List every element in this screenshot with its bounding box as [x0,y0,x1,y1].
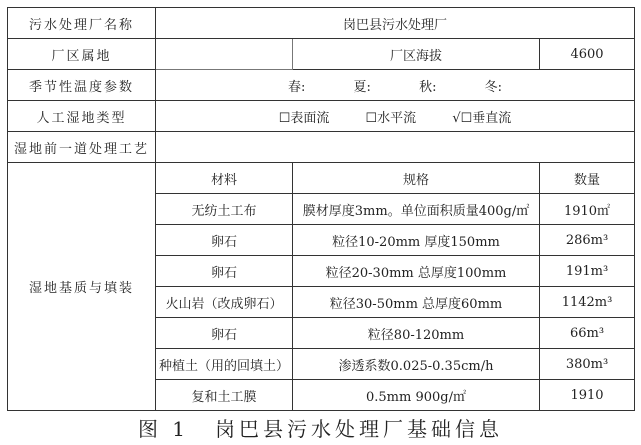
quantity-cell: 191m³ [540,256,635,287]
material-cell: 种植土（用的回填土） [156,349,293,380]
location-label: 厂区属地 [8,39,156,70]
material-cell: 卵石 [156,256,293,287]
table-row-wetland-type: 人工湿地类型 ☐表面流 ☐水平流 √☐垂直流 [8,101,635,132]
plant-name-value: 岗巴县污水处理厂 [156,8,635,39]
season-winter: 冬: [485,76,502,95]
option-surface-flow: ☐表面流 [279,107,330,126]
table-row-plant-name: 污水处理厂名称 岗巴县污水处理厂 [8,8,635,39]
spec-cell: 粒径20-30mm 总厚度100mm [293,256,540,287]
quantity-cell: 1142m³ [540,287,635,318]
substrate-label: 湿地基质与填装 [8,163,156,411]
pretreatment-value [156,132,635,163]
spec-cell: 渗透系数0.025-0.35cm/h [293,349,540,380]
material-cell: 无纺土工布 [156,194,293,225]
season-autumn: 秋: [419,76,436,95]
quantity-cell: 1910㎡ [540,194,635,225]
material-cell: 卵石 [156,318,293,349]
quantity-cell: 286m³ [540,225,635,256]
season-values: 春: 夏: 秋: 冬: [156,70,635,101]
spec-cell: 粒径10-20mm 厚度150mm [293,225,540,256]
material-cell: 复和土工膜 [156,380,293,411]
material-cell: 卵石 [156,225,293,256]
table-row-location: 厂区属地 厂区海拔 4600 [8,39,635,70]
header-quantity: 数量 [540,163,635,194]
spec-cell: 粒径80-120mm [293,318,540,349]
option-horizontal-flow: ☐水平流 [366,107,417,126]
quantity-cell: 1910 [540,380,635,411]
season-summer: 夏: [354,76,371,95]
plant-name-label: 污水处理厂名称 [8,8,156,39]
figure-caption: 图 1岗巴县污水处理厂基础信息 [0,413,641,442]
location-value [156,39,293,70]
season-label: 季节性温度参数 [8,70,156,101]
quantity-cell: 380m³ [540,349,635,380]
material-cell: 火山岩（改成卵石） [156,287,293,318]
spec-cell: 膜材厚度3mm。单位面积质量400g/㎡ [293,194,540,225]
wetland-type-options: ☐表面流 ☐水平流 √☐垂直流 [156,101,635,132]
figure-title: 岗巴县污水处理厂基础信息 [215,417,503,441]
pretreatment-label: 湿地前一道处理工艺 [8,132,156,163]
spec-cell: 0.5mm 900g/㎡ [293,380,540,411]
wetland-type-label: 人工湿地类型 [8,101,156,132]
table-row-season: 季节性温度参数 春: 夏: 秋: 冬: [8,70,635,101]
altitude-value: 4600 [540,39,635,70]
quantity-cell: 66m³ [540,318,635,349]
substrate-header-row: 湿地基质与填装 材料 规格 数量 [8,163,635,194]
figure-number: 图 1 [138,417,189,441]
header-spec: 规格 [293,163,540,194]
spec-cell: 粒径30-50mm 总厚度60mm [293,287,540,318]
table-row-pretreatment: 湿地前一道处理工艺 [8,132,635,163]
altitude-label: 厂区海拔 [293,39,540,70]
season-spring: 春: [288,76,305,95]
plant-info-table: 污水处理厂名称 岗巴县污水处理厂 厂区属地 厂区海拔 4600 季节性温度参数 … [7,7,635,411]
option-vertical-flow-checked: √☐垂直流 [452,107,511,126]
header-material: 材料 [156,163,293,194]
